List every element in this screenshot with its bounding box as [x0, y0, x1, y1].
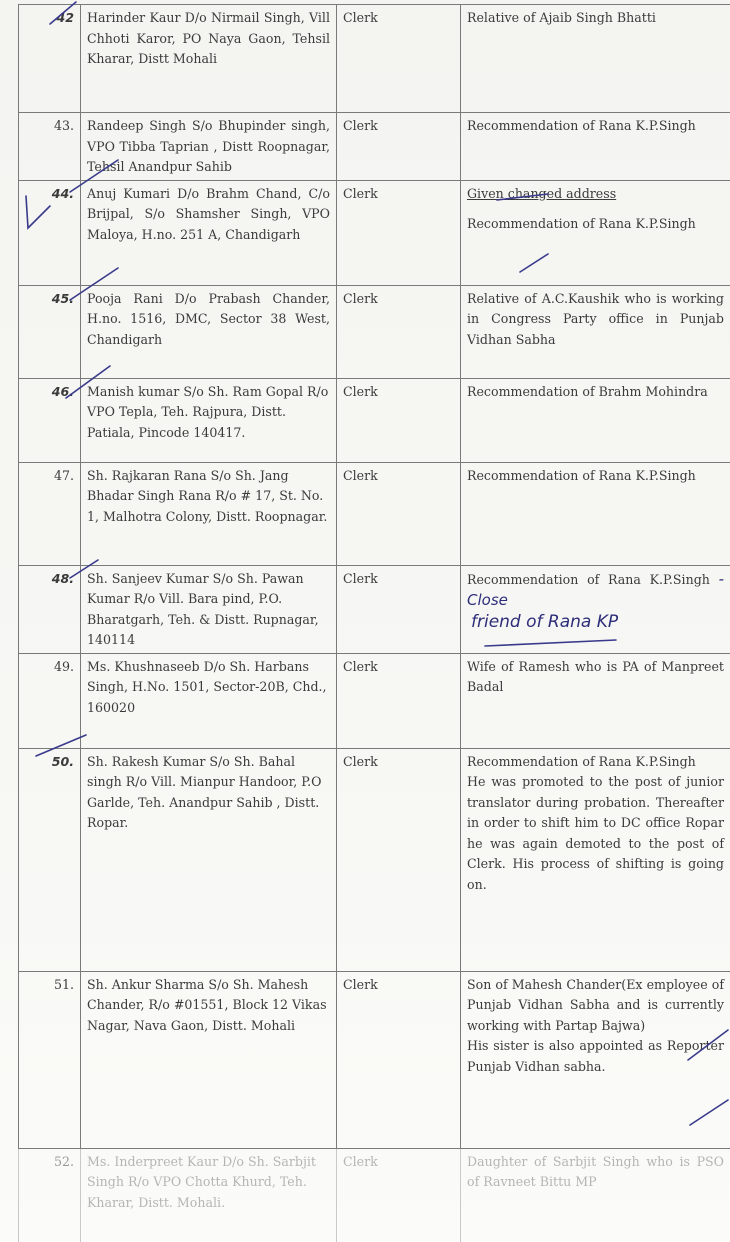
post-cell: Clerk: [337, 1148, 461, 1242]
serial-number: 45.: [19, 285, 81, 378]
name-address-cell: Ms. Khushnaseeb D/o Sh. Harbans Singh, H…: [81, 653, 337, 748]
remark-text: Recommendation of Rana K.P.Singh: [467, 466, 724, 487]
serial-number: 47.: [19, 462, 81, 565]
name-address-cell: Ms. Inderpreet Kaur D/o Sh. Sarbjit Sing…: [81, 1148, 337, 1242]
post-cell: Clerk: [337, 748, 461, 971]
remark-text: He was promoted to the post of junior tr…: [467, 772, 724, 895]
remarks-cell: Recommendation of Rana K.P.Singh: [461, 113, 730, 181]
remarks-cell: Recommendation of Rana K.P.Singh He was …: [461, 748, 730, 971]
serial-number: 48.: [19, 565, 81, 653]
serial-number: 49.: [19, 653, 81, 748]
remark-text: Recommendation of Rana K.P.Singh: [467, 752, 724, 773]
serial-number: 43.: [19, 113, 81, 181]
serial-number: 51.: [19, 971, 81, 1148]
remarks-cell: Given changed address Recommendation of …: [461, 180, 730, 285]
post-cell: Clerk: [337, 378, 461, 462]
remarks-cell: Recommendation of Rana K.P.Singh - Close…: [461, 565, 730, 653]
remark-text: Recommendation of Rana K.P.Singh: [467, 214, 724, 235]
remarks-cell: Daughter of Sarbjit Singh who is PSO of …: [461, 1148, 730, 1242]
post-cell: Clerk: [337, 653, 461, 748]
name-address-cell: Sh. Rajkaran Rana S/o Sh. Jang Bhadar Si…: [81, 462, 337, 565]
post-cell: Clerk: [337, 113, 461, 181]
serial-number: 44.: [19, 180, 81, 285]
table-row: 51. Sh. Ankur Sharma S/o Sh. Mahesh Chan…: [19, 971, 730, 1148]
table-row: 46. Manish kumar S/o Sh. Ram Gopal R/o V…: [19, 378, 730, 462]
table-row: 47. Sh. Rajkaran Rana S/o Sh. Jang Bhada…: [19, 462, 730, 565]
handwritten-note: friend of Rana KP: [471, 612, 724, 632]
remarks-cell: Recommendation of Rana K.P.Singh: [461, 462, 730, 565]
table-row: 48. Sh. Sanjeev Kumar S/o Sh. Pawan Kuma…: [19, 565, 730, 653]
serial-number: 42: [19, 5, 81, 113]
name-address-cell: Manish kumar S/o Sh. Ram Gopal R/o VPO T…: [81, 378, 337, 462]
remark-text: Recommendation of Rana K.P.Singh: [467, 116, 724, 137]
table-row: 42 Harinder Kaur D/o Nirmail Singh, Vill…: [19, 5, 730, 113]
post-cell: Clerk: [337, 285, 461, 378]
table-row: 43. Randeep Singh S/o Bhupinder singh, V…: [19, 113, 730, 181]
name-address-cell: Harinder Kaur D/o Nirmail Singh, Vill Ch…: [81, 5, 337, 113]
remark-text: Recommendation of Brahm Mohindra: [467, 382, 724, 403]
table-row: 52. Ms. Inderpreet Kaur D/o Sh. Sarbjit …: [19, 1148, 730, 1242]
remark-text: Relative of Ajaib Singh Bhatti: [467, 8, 724, 29]
remark-text: Daughter of Sarbjit Singh who is PSO of …: [467, 1152, 724, 1193]
remark-text: His sister is also appointed as Reporter…: [467, 1036, 724, 1077]
name-address-cell: Sh. Sanjeev Kumar S/o Sh. Pawan Kumar R/…: [81, 565, 337, 653]
remark-text: Relative of A.C.Kaushik who is working i…: [467, 289, 724, 351]
table-row: 50. Sh. Rakesh Kumar S/o Sh. Bahal singh…: [19, 748, 730, 971]
table-row: 44. Anuj Kumari D/o Brahm Chand, C/o Bri…: [19, 180, 730, 285]
remarks-cell: Relative of Ajaib Singh Bhatti: [461, 5, 730, 113]
remarks-cell: Relative of A.C.Kaushik who is working i…: [461, 285, 730, 378]
serial-number: 46.: [19, 378, 81, 462]
name-address-cell: Sh. Ankur Sharma S/o Sh. Mahesh Chander,…: [81, 971, 337, 1148]
serial-number: 52.: [19, 1148, 81, 1242]
appointments-table: 42 Harinder Kaur D/o Nirmail Singh, Vill…: [18, 4, 730, 1242]
post-cell: Clerk: [337, 462, 461, 565]
remark-text: Recommendation of Rana K.P.Singh: [467, 572, 710, 587]
remarks-cell: Son of Mahesh Chander(Ex employee of Pun…: [461, 971, 730, 1148]
name-address-cell: Pooja Rani D/o Prabash Chander, H.no. 15…: [81, 285, 337, 378]
scanned-document-page: 42 Harinder Kaur D/o Nirmail Singh, Vill…: [0, 0, 730, 1242]
post-cell: Clerk: [337, 565, 461, 653]
name-address-cell: Anuj Kumari D/o Brahm Chand, C/o Brijpal…: [81, 180, 337, 285]
table-row: 49. Ms. Khushnaseeb D/o Sh. Harbans Sing…: [19, 653, 730, 748]
post-cell: Clerk: [337, 180, 461, 285]
remarks-cell: Wife of Ramesh who is PA of Manpreet Bad…: [461, 653, 730, 748]
name-address-cell: Sh. Rakesh Kumar S/o Sh. Bahal singh R/o…: [81, 748, 337, 971]
remark-text: Wife of Ramesh who is PA of Manpreet Bad…: [467, 657, 724, 698]
table-row: 45. Pooja Rani D/o Prabash Chander, H.no…: [19, 285, 730, 378]
post-cell: Clerk: [337, 5, 461, 113]
post-cell: Clerk: [337, 971, 461, 1148]
serial-number: 50.: [19, 748, 81, 971]
remarks-cell: Recommendation of Brahm Mohindra: [461, 378, 730, 462]
remark-text: Given changed address: [467, 184, 724, 205]
name-address-cell: Randeep Singh S/o Bhupinder singh, VPO T…: [81, 113, 337, 181]
remark-text: Son of Mahesh Chander(Ex employee of Pun…: [467, 975, 724, 1037]
